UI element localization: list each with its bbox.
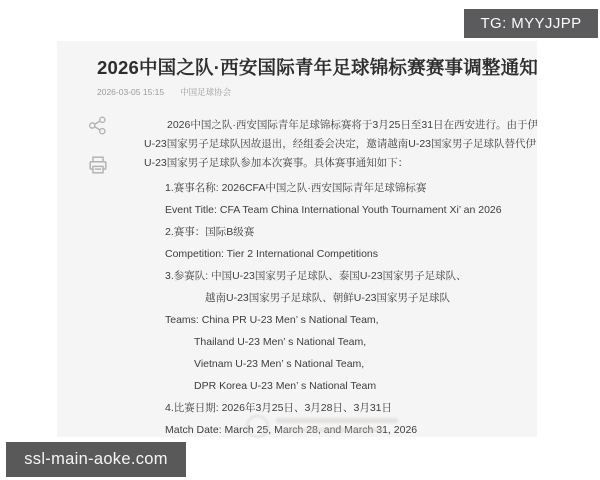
match-date-en: Match Date: March 25, March 28, and Marc… (144, 419, 537, 437)
intro-line-1: 2026中国之队·西安国际青年足球锦标赛将于3月25日至31日在西安进行。由于伊… (144, 116, 537, 135)
article-body: 2026中国之队·西安国际青年足球锦标赛将于3月25日至31日在西安进行。由于伊… (144, 116, 537, 437)
article-toolbar (87, 115, 109, 181)
telegram-watermark-badge: TG: MYYJJPP (464, 9, 598, 38)
print-icon[interactable] (87, 154, 109, 181)
event-name-cn: 1.赛事名称: 2026CFA中国之队·西安国际青年足球锦标赛 (144, 177, 537, 199)
telegram-watermark-text: TG: MYYJJPP (480, 15, 581, 32)
page: TG: MYYJJPP 2026中国之队·西安国际青年足球锦标赛赛事调整通知 2… (0, 0, 600, 480)
teams-cn-line-1: 3.参赛队: 中国U-23国家男子足球队、泰国U-23国家男子足球队、 (144, 265, 537, 287)
intro-line-2: U-23国家男子足球队因故退出，经组委会决定，邀请越南U-23国家男子足球队替代… (144, 135, 537, 154)
article-card: 2026中国之队·西安国际青年足球锦标赛赛事调整通知 2026-03-05 15… (57, 41, 537, 437)
share-icon[interactable] (87, 115, 109, 141)
publish-date: 2026-03-05 15:15 (97, 87, 164, 97)
teams-en-line-3: Vietnam U-23 Men’ s National Team, (144, 353, 537, 375)
publisher-name: 中国足球协会 (180, 87, 231, 97)
teams-en-line-4: DPR Korea U-23 Men’ s National Team (144, 375, 537, 397)
teams-en-line-2: Thailand U-23 Men’ s National Team, (144, 331, 537, 353)
site-watermark-text: ssl-main-aoke.com (24, 450, 168, 469)
match-date-cn: 4.比赛日期: 2026年3月25日、3月28日、3月31日 (144, 397, 537, 419)
article-title: 2026中国之队·西安国际青年足球锦标赛赛事调整通知 (97, 56, 527, 80)
site-watermark-badge: ssl-main-aoke.com (6, 442, 186, 477)
article-meta: 2026-03-05 15:15中国足球协会 (97, 86, 231, 98)
competition-cn: 2.赛事：国际B级赛 (144, 221, 537, 243)
teams-cn-line-2: 越南U-23国家男子足球队、朝鲜U-23国家男子足球队 (144, 287, 537, 309)
competition-en: Competition: Tier 2 International Compet… (144, 243, 537, 265)
teams-en-line-1: Teams: China PR U-23 Men’ s National Tea… (144, 309, 537, 331)
intro-line-3: U-23国家男子足球队参加本次赛事。具体赛事通知如下： (144, 154, 537, 173)
event-name-en: Event Title: CFA Team China Internationa… (144, 199, 537, 221)
